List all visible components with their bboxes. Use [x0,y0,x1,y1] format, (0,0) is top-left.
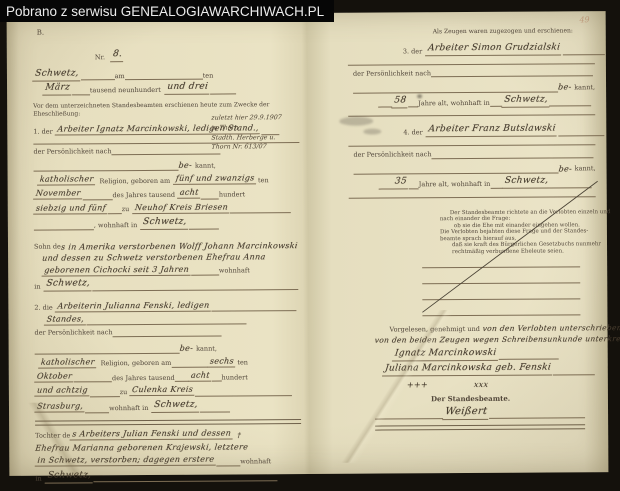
divider-rule [35,419,301,426]
handwritten-text: katholischer [38,357,97,369]
handwritten-text: Schwetz, [152,400,201,413]
handwritten-text: † [237,431,242,439]
form-line [348,113,595,118]
handwritten-text: Standes, [44,314,87,326]
form-line: Ehefrau Marianna geborenen Krajewski, le… [35,442,307,453]
ruled-line [550,104,592,107]
handwritten-text: acht [188,371,212,383]
form-line: der Persönlichkeit nach [35,329,222,338]
handwritten-text: katholischer [37,174,96,186]
form-line: +++xxx [407,379,605,390]
ruled-line [112,152,221,156]
printed-text: der Persönlichkeit nach [33,148,111,156]
printed-text: ten [203,72,214,80]
printed-text: der Persönlichkeit nach [35,330,113,338]
printed-text: zu [122,207,130,215]
form-line: Sohn des in Amerika verstorbenen Wolff J… [34,241,306,252]
form-line: 3. derArbeiter Simon Grudzialski [403,42,603,56]
handwritten-text: November [33,189,83,201]
ruled-line [125,77,203,80]
printed-text: am [115,73,125,81]
form-line: katholischerReligion, geboren amfünf und… [34,173,298,186]
printed-text: Nr. [95,54,105,62]
form-line: Strasburg,wohnhaft inSchwetz, [35,399,292,413]
form-line: Standes, [44,313,246,326]
form-line: Schwetz,amten [33,67,235,81]
ruled-line [378,105,392,108]
ruled-line [171,365,207,368]
handwritten-text: Arbeiter Franz Butslawski [426,124,559,137]
printed-text: der Persönlichkeit nach [353,70,431,78]
printed-text: der Persönlichkeit nach [353,151,431,159]
handwritten-text: Oktober [34,371,75,383]
ruled-line [74,380,112,383]
handwritten-text: Culenka Kreis [130,385,196,397]
form-line: Juliana Marcinkowska geb. Fenski [383,363,605,377]
form-line: inSchwetz, [34,277,298,291]
form-line: in Schwetz, verstorben; dagegen ersterew… [35,454,307,467]
form-line: 2. dieArbeiterin Julianna Fenski, ledige… [34,300,296,313]
handwritten-text: Arbeiter Simon Grudzialski [425,43,563,56]
printed-text: hundert [221,374,247,382]
printed-text: in [35,475,41,483]
ruled-line [432,155,594,159]
form-line: Der Standesbeamte. [431,395,605,404]
printed-text: Vor dem unterzeichneten Standesbeamten e… [33,101,269,110]
handwritten-text: in Schwetz, verstorben; dagegen erstere [35,455,217,468]
ruled-line [90,394,120,397]
handwritten-text: Schwetz, [45,470,94,483]
form-line: Weißert [375,405,585,420]
ruled-line [553,372,595,375]
printed-text: Tochter de [35,433,70,441]
ruled-line [348,142,595,147]
form-line: von den beiden Zeugen wegen Schreibensun… [375,335,605,345]
form-line: , wohnhaft inSchwetz, [34,216,286,230]
left-page: B.Nr.8.Schwetz,amtenMärztausend neunhund… [33,27,308,483]
handwritten-text: Strasburg, [34,401,85,413]
ink-speck [417,94,422,98]
document-paper: B.Nr.8.Schwetz,amtenMärztausend neunhund… [7,11,609,476]
ruled-line [348,61,595,66]
handwritten-text: März [42,83,72,96]
form-line: siebzig und fünfzuNeuhof Kreis Briesen [34,202,291,215]
printed-text: kannt, [196,345,217,353]
handwritten-text: von den beiden Zeugen wegen Schreibensun… [374,335,620,345]
form-line: Nr.8. [95,48,305,62]
form-line: Vorgelesen, genehmigt undvon den Verlobt… [390,324,605,334]
margin-annotation-line: zuletzt hier 29.9.1907 [211,113,322,123]
form-line: Novemberdes Jahres tausendachthundert [34,187,286,200]
handwritten-text: und dessen zu Schwetz verstorbenen Ehefr… [42,252,267,263]
ruled-line [212,379,222,382]
ruled-line [489,416,585,420]
ruled-line [82,197,112,200]
printed-text: hundert [219,191,245,199]
handwritten-text: Schwetz, [32,68,81,81]
ruled-line [558,133,604,136]
printed-text: wohnhaft [219,268,250,276]
form-line: und achtzigzuCulenka Kreis [35,385,292,398]
handwritten-text: s in Amerika verstorbenen Wolff Johann M… [60,241,298,252]
printed-text: Religion, geboren am [101,360,172,368]
printed-text: in [34,284,40,292]
ruled-line [201,196,219,199]
ruled-line [348,113,595,118]
ruled-line [408,105,418,108]
form-line: Märztausend neunhundertund drei [43,82,235,96]
ruled-line [175,379,189,382]
ruled-line [229,210,290,213]
ruled-line [210,92,236,95]
handwritten-text: acht [177,188,201,200]
form-line: B. [37,27,305,37]
margin-annotation-line: Thorn Nr. 613/07 [211,142,322,152]
ruled-line [72,92,90,95]
printed-text: Eheschließung: [33,111,80,118]
cancellation-stroke [408,173,605,320]
handwritten-text: be- [178,161,193,171]
form-line: 58Jahre alt, wohnhaft inSchwetz, [378,94,603,108]
form-line: 4. derArbeiter Franz Butslawski [403,124,603,138]
handwritten-text: 58 [391,95,409,108]
handwritten-text: geborenen Cichocki seit 3 Jahren [41,264,191,276]
ruled-line [93,479,277,483]
printed-text: B. [37,29,44,37]
ruled-line [92,287,298,291]
ruled-line [375,417,443,420]
form-line: be-kannt, [33,160,305,171]
margin-annotation-line: in Thorn [211,123,322,133]
ruled-line [498,357,558,360]
form-line: geborenen Cichocki seit 3 Jahrenwohnhaft [42,264,306,277]
printed-text: 3. der [403,48,422,56]
form-line: katholischerReligion, geboren amsechsten [35,356,292,369]
printed-text: kannt, [195,163,216,171]
handwritten-text: Ignatz Marcinkowski [392,348,499,361]
form-line: be-kannt, [35,343,307,354]
handwritten-text: be- [179,344,194,354]
handwritten-text: fünf und zwanzigs [172,173,256,185]
printed-text: Der Standesbeamte. [431,395,510,404]
printed-text: 1. der [33,129,52,137]
form-line: der Persönlichkeit nach [33,147,220,156]
handwritten-text: be- [558,164,573,174]
ruled-line [81,78,115,81]
printed-text: ten [258,177,269,185]
ruled-line [490,104,502,107]
printed-text: kannt, [574,84,595,92]
handwritten-text: siebzig und fünf [33,203,108,215]
ruled-line [108,211,122,214]
handwritten-text: und achtzig [34,386,90,398]
ruled-line [562,52,604,55]
ruled-line [191,273,219,276]
printed-text: Sohn de [34,244,61,252]
printed-text: des Jahres tausend [112,375,175,383]
form-line [348,142,595,147]
handwritten-text: xxx [473,380,489,390]
ruled-line [86,322,246,326]
handwritten-text: 8. [110,49,125,62]
ruled-line [35,350,180,354]
printed-text: , wohnhaft in [94,222,137,230]
form-line: be-kannt, [353,83,595,94]
margin-annotation: zuletzt hier 29.9.1907 in Thorn Stadth. … [211,113,321,153]
printed-text: zu [120,389,128,397]
printed-text: wohnhaft [240,458,271,466]
ruled-line [34,227,94,230]
ruled-line [212,308,297,312]
handwritten-text: und drei [164,82,210,95]
handwritten-text: von den Verlobten unterschrieben, [482,324,620,334]
handwritten-text: Neuhof Kreis Briesen [132,202,230,214]
ruled-line [379,186,393,189]
handwritten-text: +++ [406,380,428,390]
ruled-line [113,334,222,338]
handwritten-text: Weißert [442,406,490,420]
printed-text: des Jahres tausend [112,192,175,200]
ruled-line [200,409,230,412]
printed-text: Jahre alt, wohnhaft in [418,100,490,108]
printed-text: Vorgelesen, genehmigt und [390,326,480,334]
printed-text: ten [237,360,248,368]
form-line: inSchwetz, [35,469,277,483]
printed-text: wohnhaft in [109,405,148,413]
divider-rule [375,425,585,431]
handwritten-text: s Arbeiters Julian Fenski und dessen [70,428,234,440]
ruled-line [195,393,292,397]
ruled-line [189,226,219,229]
ruled-line [431,74,593,78]
handwritten-text: Arbeiterin Julianna Fenski, ledigen [55,300,212,312]
form-line: der Persönlichkeit nach [353,69,593,78]
form-line: und dessen zu Schwetz verstorbenen Ehefr… [42,252,306,263]
ruled-line [353,89,558,93]
page-corner-number: 49 [579,15,589,24]
handwritten-text: Schwetz, [501,94,550,107]
printed-text: tausend neunhundert [90,87,161,95]
form-line: Oktoberdes Jahres tausendachthundert [35,370,292,383]
form-line [348,61,595,66]
handwritten-text: Schwetz, [44,278,93,291]
printed-text: 2. die [34,305,52,313]
form-line: Als Zeugen waren zugezogen und erschiene… [433,27,603,35]
form-line: Ignatz Marcinkowski [393,347,605,361]
handwritten-text: Ehefrau Marianna geborenen Krajewski, le… [35,442,249,453]
form-line: Tochter des Arbeiters Julian Fenski und … [35,428,307,441]
printed-text: 4. der [403,130,422,138]
printed-text: Religion, geboren am [99,177,170,185]
source-banner-text: Pobrano z serwisu GENEALOGIAWARCHIWACH.P… [6,4,324,19]
printed-text: Als Zeugen waren zugezogen und erschiene… [433,27,573,35]
form-line: der Persönlichkeit nach [353,150,593,159]
handwritten-text: be- [557,83,572,93]
handwritten-text: Schwetz, [141,217,190,230]
handwritten-text: sechs [207,356,236,368]
source-banner: Pobrano z serwisu GENEALOGIAWARCHIWACH.P… [0,0,334,22]
handwritten-text: Juliana Marcinkowska geb. Fenski [382,363,553,377]
ruled-line [34,168,179,172]
ruled-line [85,410,109,413]
ruled-line [216,463,240,466]
